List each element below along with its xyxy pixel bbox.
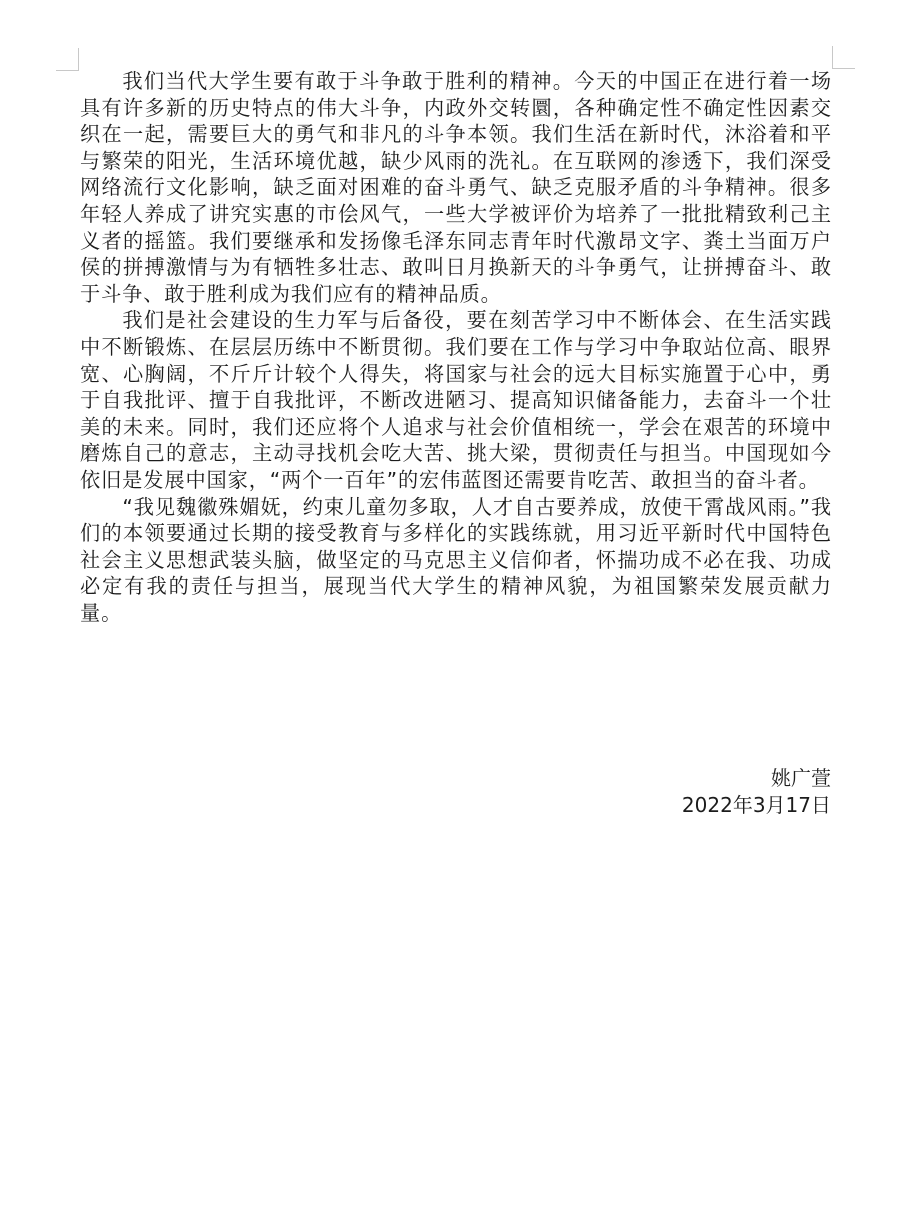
document-body: 我们当代大学生要有敢于斗争敢于胜利的精神。今天的中国正在进行着一场具有许多新的历… [80, 68, 832, 626]
paragraph-2: 我们是社会建设的生力军与后备役，要在刻苦学习中不断体会、在生活实践中不断锻炼、在… [80, 307, 832, 493]
margin-corner-mark-top-right [832, 46, 855, 69]
margin-corner-mark-top-left [56, 48, 79, 71]
document-page: 我们当代大学生要有敢于斗争敢于胜利的精神。今天的中国正在进行着一场具有许多新的历… [0, 0, 919, 1225]
signature-block: 姚广萱 2022年3月17日 [682, 765, 831, 819]
author-name: 姚广萱 [682, 765, 831, 792]
paragraph-3: “我见魏徽殊媚妩，约束儿童勿多取，人才自古要养成，放使干霄战风雨。”我们的本领要… [80, 494, 832, 627]
paragraph-1: 我们当代大学生要有敢于斗争敢于胜利的精神。今天的中国正在进行着一场具有许多新的历… [80, 68, 832, 307]
signature-date: 2022年3月17日 [682, 792, 831, 819]
